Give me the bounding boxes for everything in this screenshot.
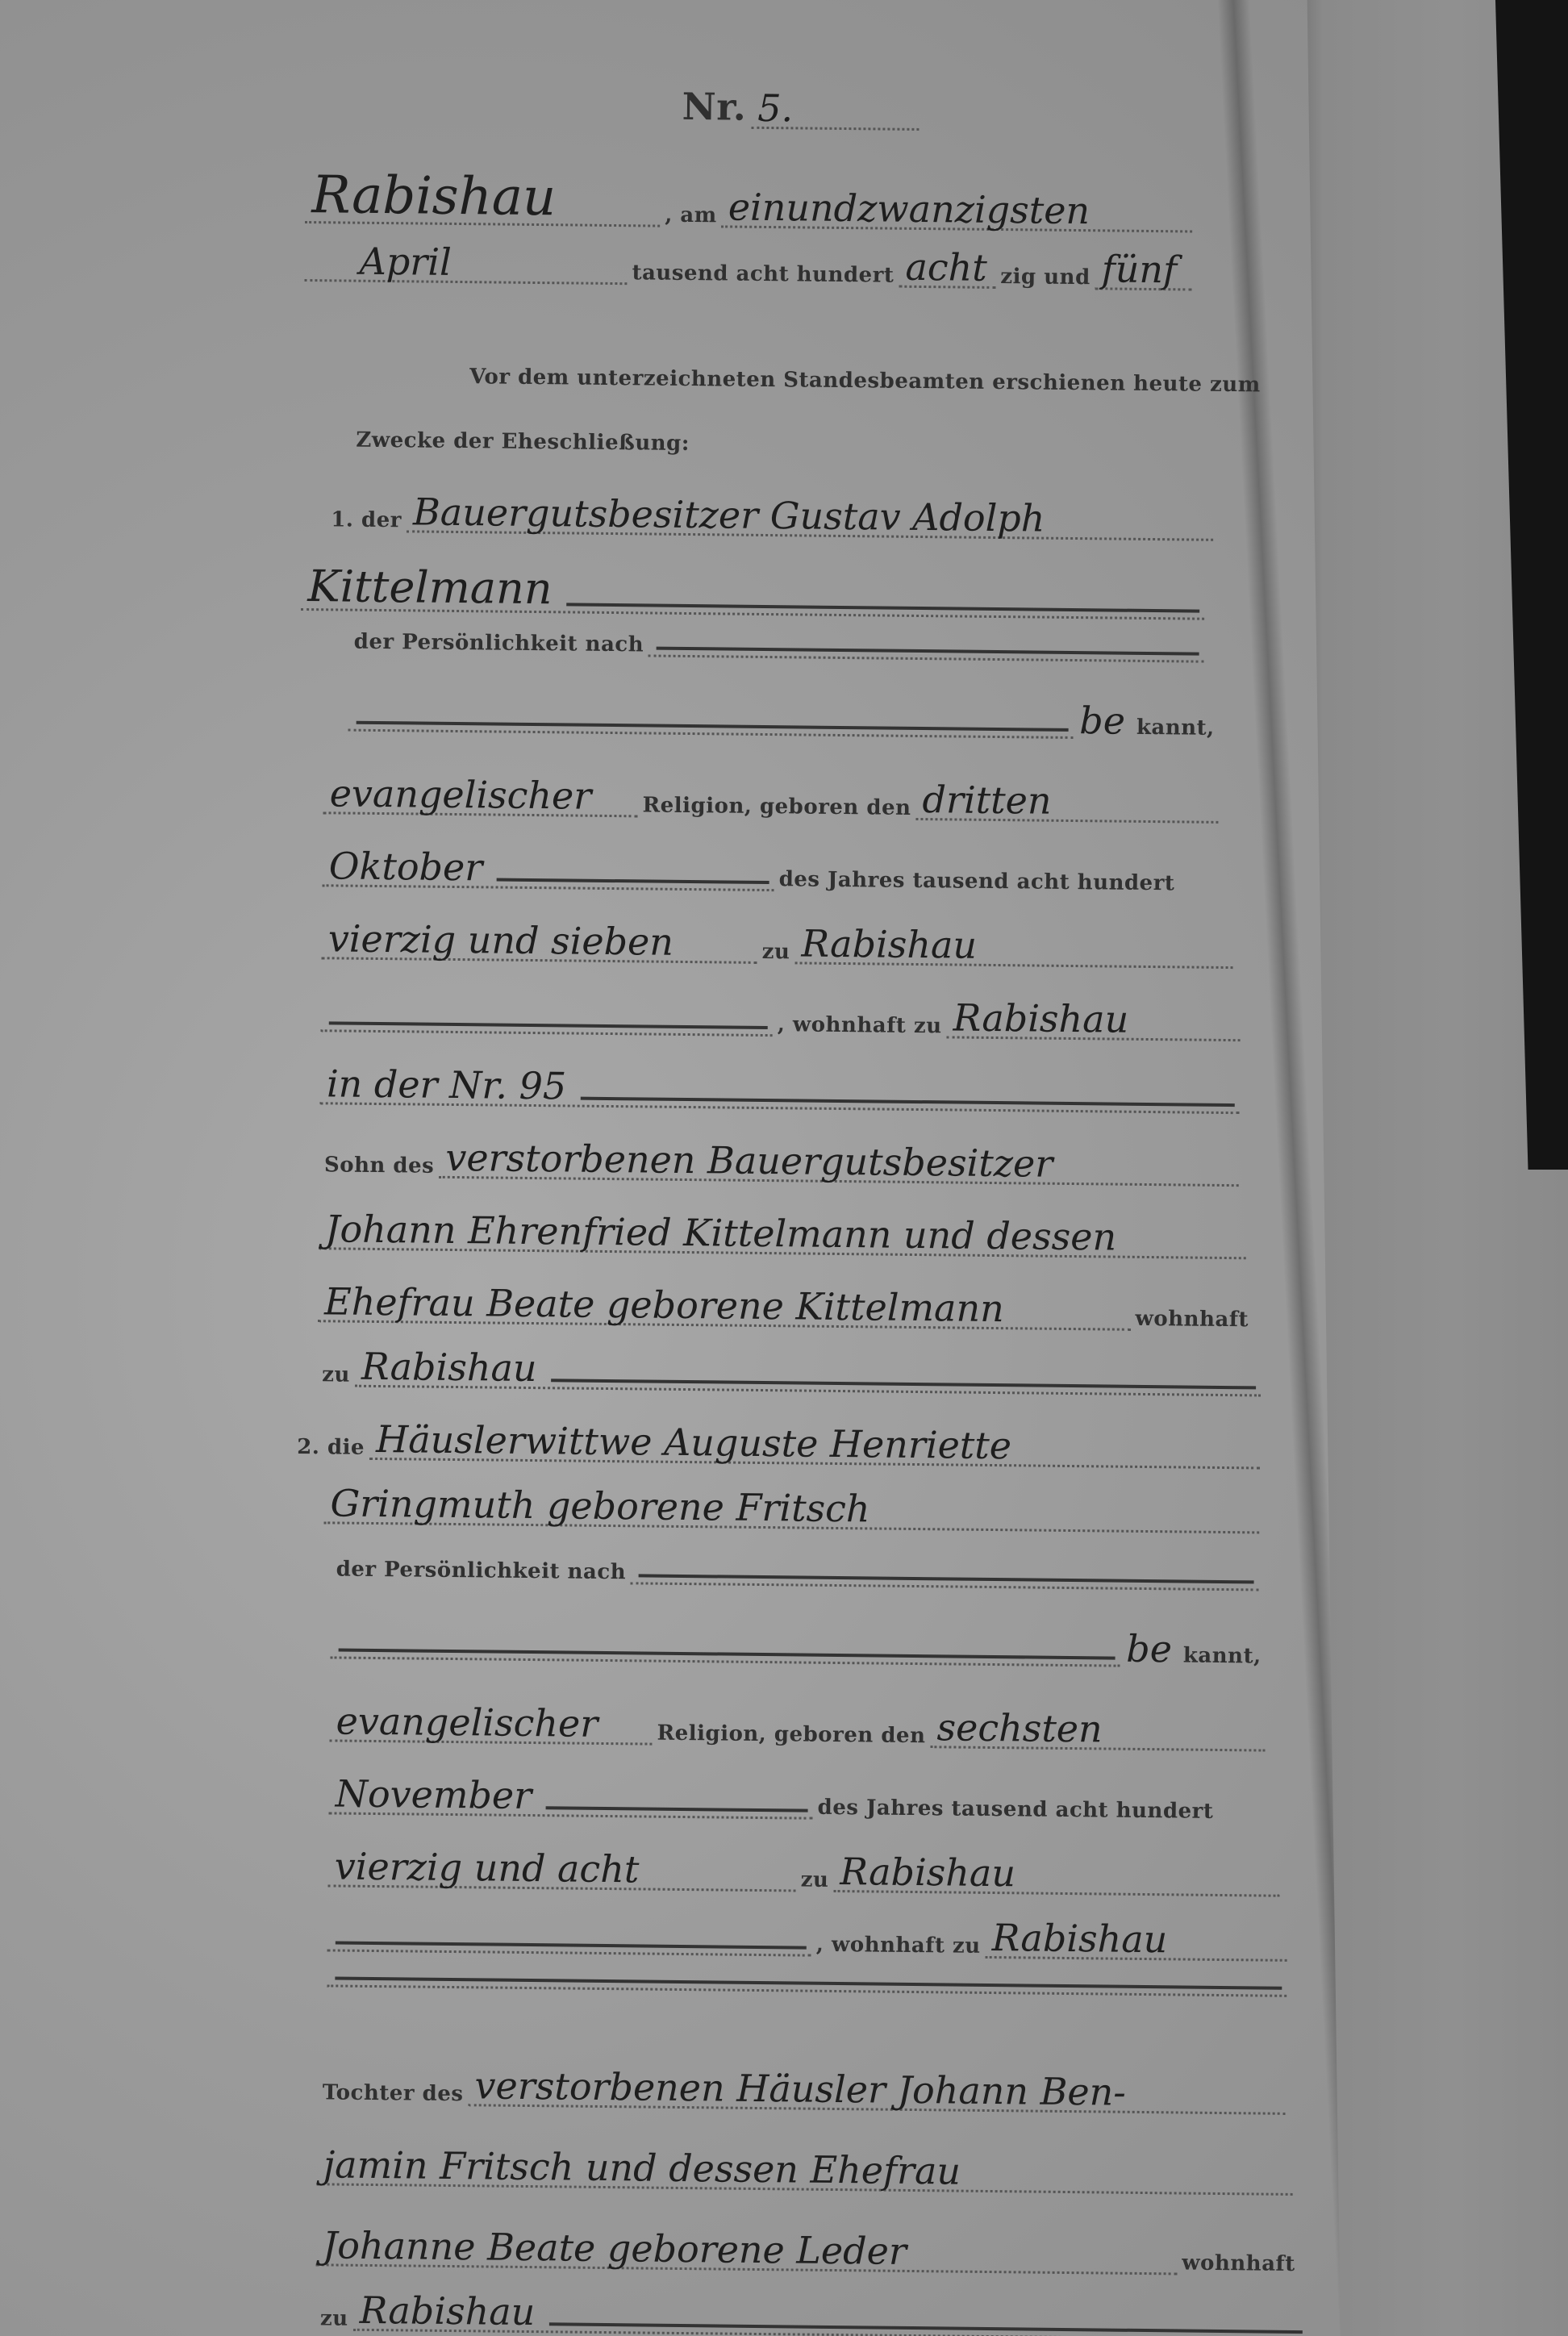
- groom-identity-hand: be: [1073, 702, 1132, 740]
- bride-parents-3: Johanne Beate geborene Leder: [316, 2226, 913, 2270]
- header-place: Rabishau: [305, 169, 562, 223]
- groom-birth-year: vierzig und sieben: [322, 920, 681, 961]
- groom-religion: evangelischer: [323, 774, 598, 815]
- bride-parents-2: jamin Fritsch und dessen Ehefrau: [317, 2146, 968, 2189]
- bride-identity-hand: be: [1120, 1630, 1178, 1668]
- bride-parents-1: verstorbenen Häusler Johann Ben-: [468, 2067, 1132, 2111]
- groom-parents-3: Ehefrau Beate geborene Kittelmann: [318, 1283, 1011, 1327]
- groom-birth-month: Oktober: [323, 847, 490, 886]
- year-print-label: tausend acht hundert: [627, 261, 899, 288]
- year-hand-2: fünf: [1095, 250, 1184, 288]
- am-label: , am: [660, 203, 722, 228]
- entry-number: 5.: [751, 90, 799, 127]
- groom-occupation-names: Bauergutsbesitzer Gustav Adolph: [407, 493, 1052, 536]
- groom-parents-2: Johann Ehrenfried Kittelmann und dessen: [319, 1210, 1124, 1255]
- groom-name-row: 1. der Bauergutsbesitzer Gustav Adolph: [326, 492, 1213, 541]
- bride-birth-year: vierzig und acht: [328, 1847, 646, 1888]
- year-hand-1: acht: [899, 248, 994, 286]
- header-month: April: [352, 243, 458, 281]
- bride-birth-place: Rabishau: [833, 1853, 1022, 1892]
- groom-birth-place: Rabishau: [794, 924, 983, 963]
- header-day: einundzwanzigsten: [722, 188, 1097, 229]
- year-print-label-2: zig und: [995, 265, 1095, 290]
- bride-religion: evangelischer: [329, 1702, 604, 1742]
- entry-number-label: Nr.: [677, 85, 751, 129]
- bride-occupation-names: Häuslerwittwe Auguste Henriette: [369, 1420, 1018, 1464]
- header-month-year-row: April tausend acht hundert acht zig und …: [304, 242, 1191, 291]
- header-place-date-row: Rabishau , am einundzwanzigsten: [305, 169, 1193, 233]
- bride-label: 2. die: [292, 1435, 369, 1460]
- bride-birth-day: sechsten: [930, 1708, 1109, 1747]
- groom-religion-row: evangelischer Religion, geboren den drit…: [323, 774, 1218, 824]
- groom-residence: Rabishau: [946, 999, 1135, 1037]
- bride-residence: Rabishau: [986, 1919, 1174, 1958]
- groom-label: 1. der: [326, 507, 407, 532]
- groom-birth-month-row: Oktober des Jahres tausend acht hundert: [323, 847, 1218, 896]
- groom-birth-day: dritten: [915, 781, 1057, 820]
- groom-birth-year-row: vierzig und sieben zu Rabishau: [322, 920, 1233, 969]
- groom-surname: Kittelmann: [301, 565, 559, 611]
- groom-parents-residence: Rabishau: [355, 1348, 544, 1387]
- bride-birth-month: November: [329, 1775, 539, 1814]
- groom-residence-detail: in der Nr. 95: [320, 1065, 573, 1104]
- entry-number-row: Nr. 5.: [677, 85, 920, 131]
- intro-text-2: Zwecke der Eheschließung:: [351, 428, 694, 456]
- bride-parents-residence: Rabishau: [352, 2292, 541, 2330]
- bride-surname: Gringmuth geborene Fritsch: [323, 1484, 877, 1527]
- groom-surname-row: Kittelmann: [301, 565, 1205, 620]
- groom-parents-1: verstorbenen Bauergutsbesitzer: [439, 1139, 1059, 1183]
